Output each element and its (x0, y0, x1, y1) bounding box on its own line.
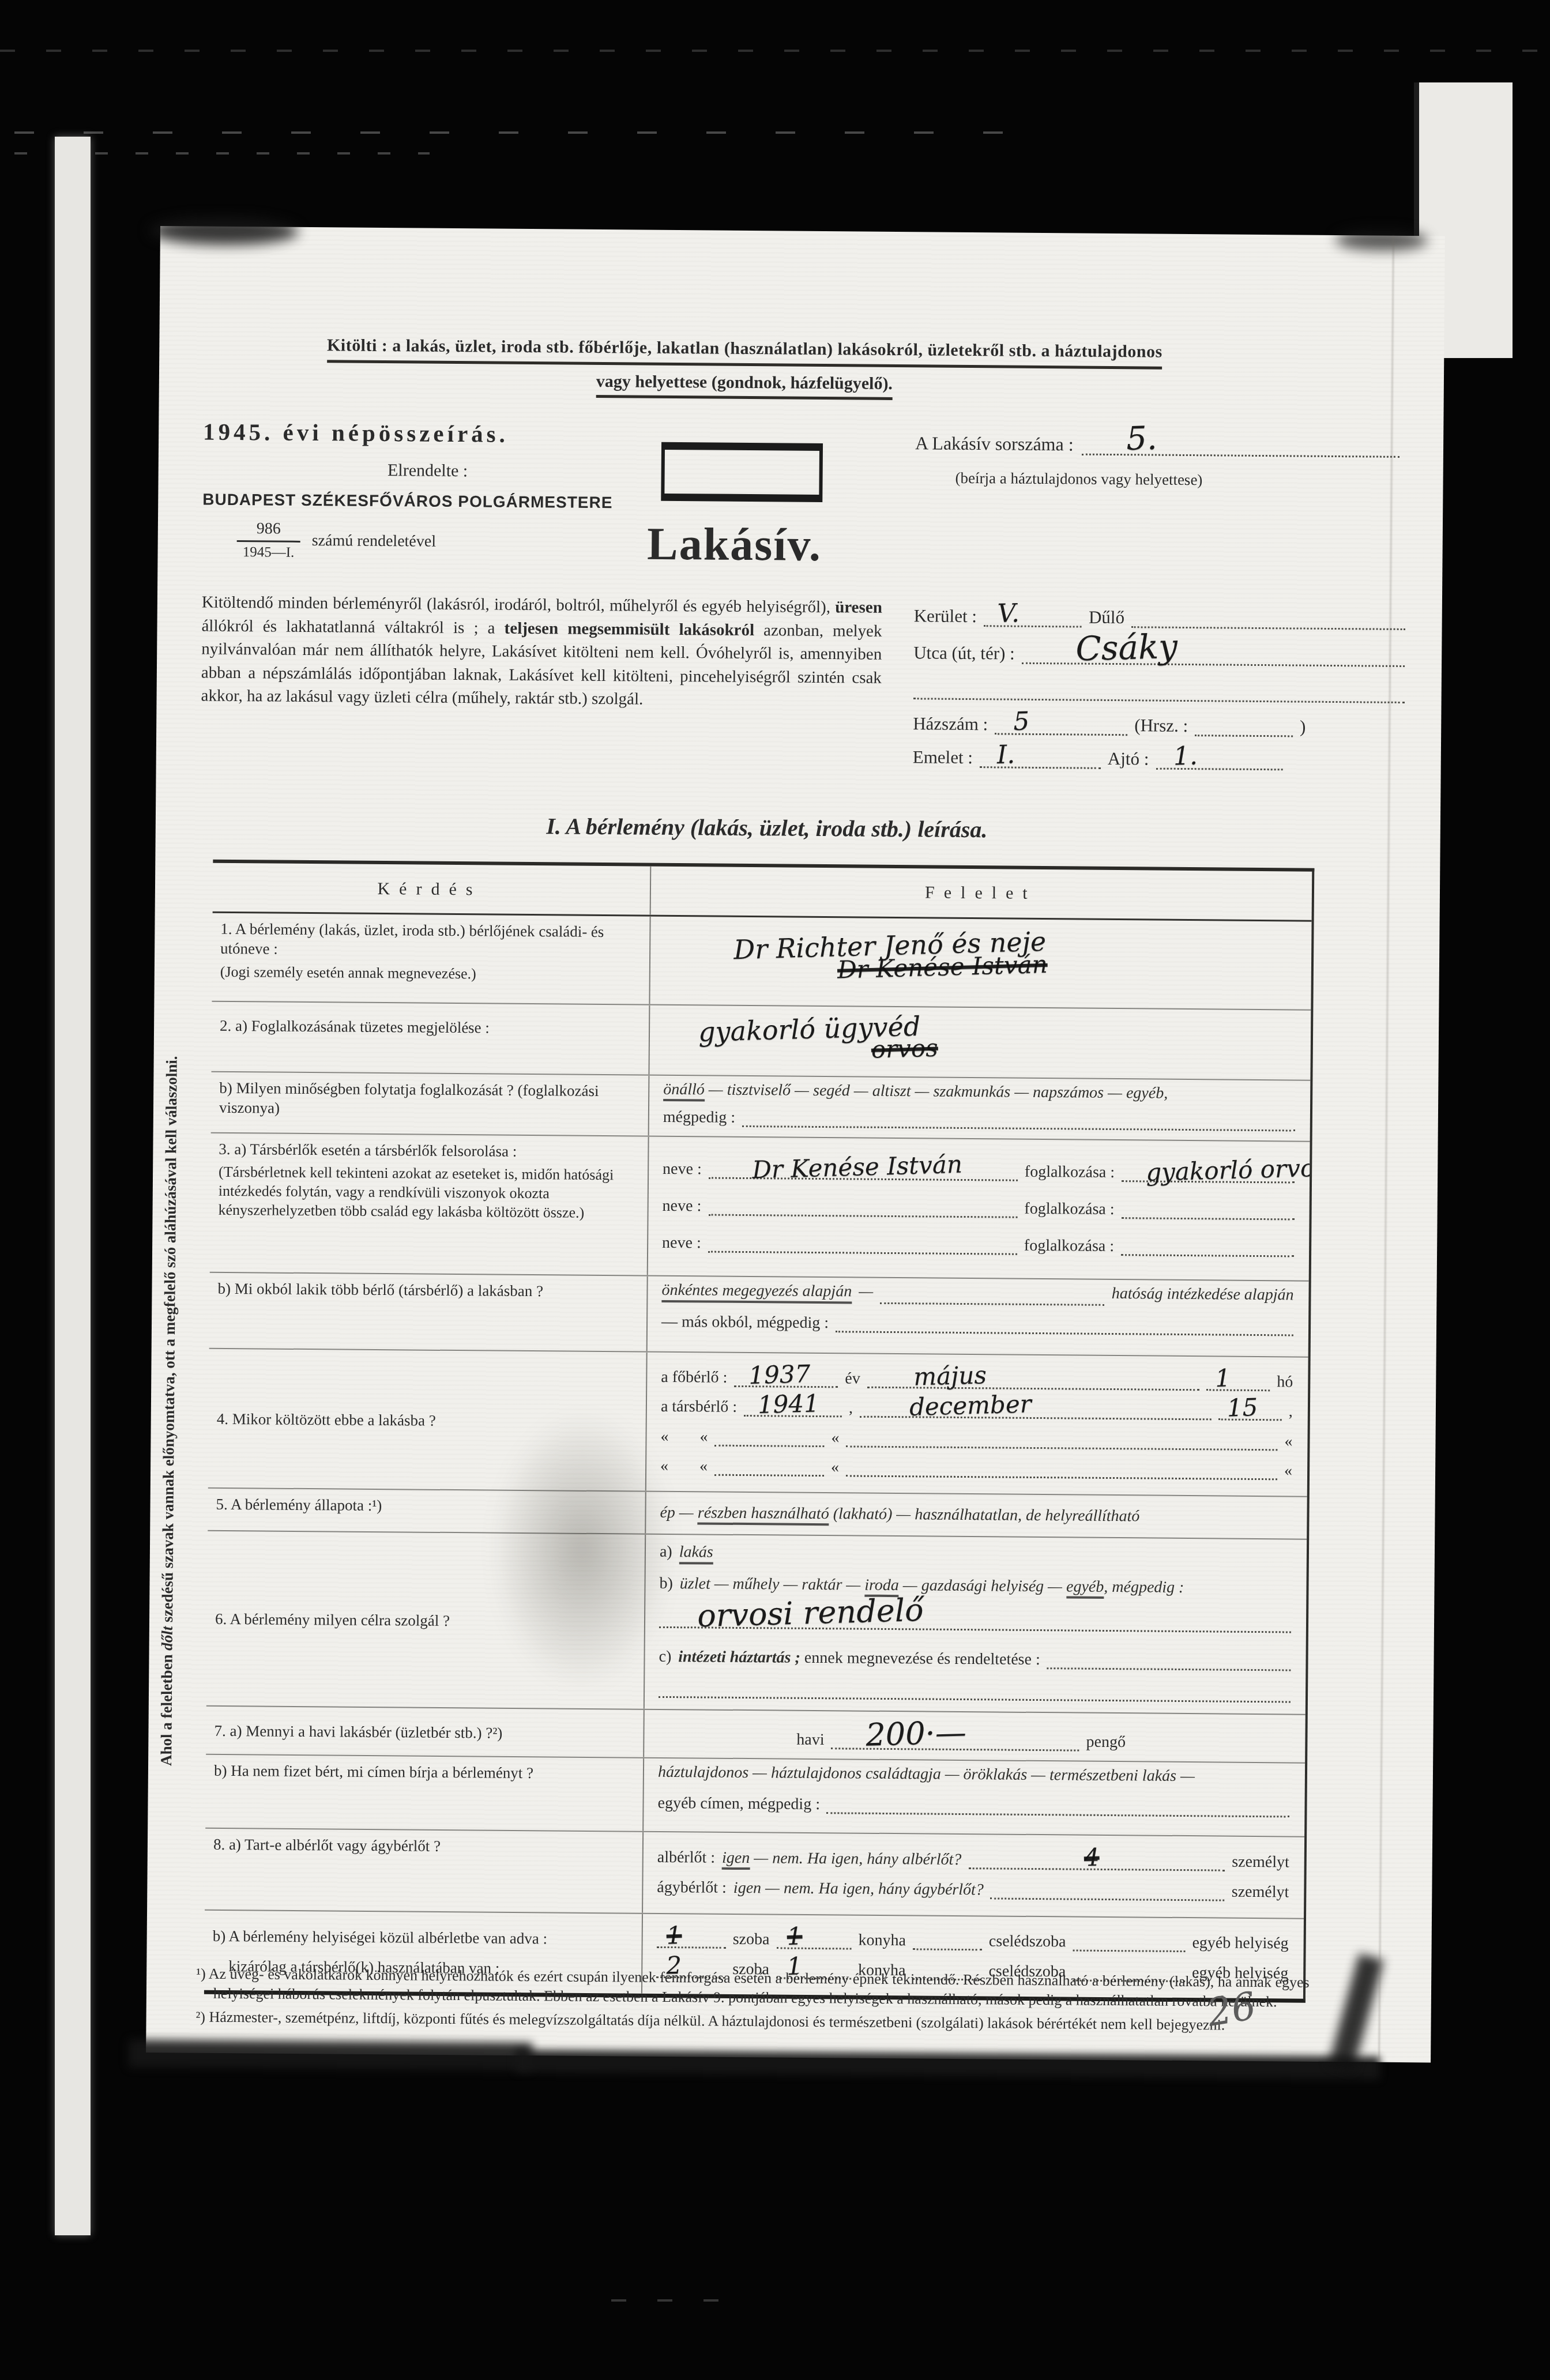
census-block: 1945. évi népösszeírás. Elrendelte : BUD… (202, 418, 653, 564)
form-instructions-paragraph: Kitöltendő minden bérleményről (lakásról… (201, 591, 882, 713)
egyeb-helyiseg-label: egyéb helyiség (1192, 1934, 1288, 1953)
day-fill: 15 (1218, 1414, 1282, 1421)
question-3a-note: (Társbérletnek kell tekinteni azokat az … (218, 1162, 636, 1223)
answer-2b: önálló — tisztviselő — segéd — altiszt —… (649, 1076, 1311, 1141)
ordered-by-label: Elrendelte : (203, 460, 653, 483)
hazszam-row: Házszám : 5 (Hrsz. : ) (913, 713, 1404, 738)
answer-2a: gyakorló ügyvéd orvos (649, 1006, 1311, 1080)
option: ép — (660, 1504, 698, 1522)
hrsz-fill (1195, 730, 1293, 737)
decree-number: 986 (237, 519, 300, 543)
form-title: Lakásív. (630, 518, 838, 572)
instructions-seg-bold: teljesen megsemmisült lakásokról (505, 619, 755, 639)
question-1: 1. A bérlemény (lakás, üzlet, iroda stb.… (212, 913, 650, 1004)
decree-reference: 986 1945—I. számú rendeletével (236, 519, 652, 564)
szoba-fill: 1 (657, 1942, 726, 1949)
egyeb-fill (1073, 1945, 1185, 1953)
answer-3a: neve : Dr Kenése István foglalkozása : g… (648, 1137, 1310, 1281)
filler-instruction: Kitölti : a lakás, üzlet, iroda stb. főb… (200, 335, 1290, 404)
table-row: b) Mi okból lakik több bérlő (társbérlő)… (209, 1273, 1309, 1358)
neve-label: neve : (663, 1197, 702, 1216)
fill (1047, 1663, 1291, 1671)
cseled-fill (913, 1944, 982, 1951)
tb-label: a társbérlő : (661, 1398, 737, 1417)
address-block: Kerület : V. Dűlő Utca (út, tér) : Csáky… (913, 605, 1405, 771)
question-8b-line1: b) A bérlemény helyiségei közül albérlet… (213, 1926, 630, 1949)
serial-note: (beírja a háztulajdonos vagy helyettese) (955, 469, 1399, 491)
subtenant-row: albérlőt : igen — nem. Ha igen, hány alb… (657, 1848, 1289, 1872)
foglalkozasa-fill (1122, 1212, 1295, 1220)
scan-smudge (149, 217, 299, 246)
question-3a-text: 3. a) Társbérlők esetén a társbérlők fel… (219, 1139, 636, 1162)
answer-8a: albérlőt : igen — nem. Ha igen, hány alb… (643, 1832, 1304, 1918)
option-hatosag: hatóság intézkedése alapján (1112, 1285, 1294, 1304)
ditto-mark: « (660, 1427, 668, 1445)
rent-fill: 200·— (832, 1743, 1079, 1751)
option: használhatatlan, de helyreállítható (915, 1505, 1139, 1525)
ho-label: hó (1277, 1373, 1293, 1391)
move-in-main-tenant: a főbérlő : 1937 év május 1 hó (661, 1368, 1293, 1392)
serial-fill-line: 5. (1082, 449, 1399, 458)
footnotes: ¹) Az üveg- és vakolatkárok könnyen hely… (195, 1964, 1326, 2036)
month-handwritten: december (909, 1392, 1032, 1420)
question-2a: 2. a) Foglalkozásának tüzetes megjelölés… (211, 1002, 650, 1075)
egyeb-fill: orvosi rendelő (659, 1622, 1291, 1633)
question-answer-table: Kérdés Felelet 1. A bérlemény (lakás, üz… (204, 860, 1314, 2003)
co-tenant-row: neve : foglalkozása : (663, 1197, 1295, 1221)
options-2b: — tisztviselő — segéd — altiszt — szakmu… (705, 1080, 1168, 1102)
decree-suffix: számú rendeletével (312, 532, 437, 551)
film-dash-line (611, 2299, 721, 2302)
decree-number-fraction: 986 1945—I. (236, 519, 300, 561)
fill (880, 1298, 1105, 1306)
option: (lakható) — (829, 1505, 915, 1523)
utca-fill: Csáky (1022, 658, 1405, 667)
month-fill: december (860, 1411, 1212, 1421)
film-dash-line (14, 131, 1024, 134)
answer-4: a főbérlő : 1937 év május 1 hó a társbér… (646, 1353, 1308, 1496)
day-handwritten: 15 (1227, 1395, 1259, 1420)
move-in-co-tenant: a társbérlő : 1941 , december 15 , (661, 1398, 1293, 1421)
item-c-label: c) (659, 1648, 671, 1666)
comma: , (849, 1399, 853, 1418)
co-tenant-row: neve : Dr Kenése István foglalkozása : g… (663, 1160, 1295, 1184)
konyha-fill: 1 (776, 1943, 851, 1950)
table-row: 6. A bérlemény milyen célra szolgál ? a)… (206, 1531, 1307, 1715)
option-selected-reszben: részben használható (698, 1504, 829, 1526)
ajto-fill: 1. (1156, 763, 1282, 771)
form-paper: Kitölti : a lakás, üzlet, iroda stb. főb… (146, 226, 1445, 2062)
answer-1: Dr Richter Jenő és neje Dr Kenése István (650, 917, 1311, 1010)
fill (659, 1692, 1291, 1703)
table-row: 3. a) Társbérlők esetén a társbérlők fel… (210, 1133, 1310, 1282)
ditto-mark: « (699, 1428, 708, 1446)
column-header-question: Kérdés (213, 863, 652, 915)
question-3a: 3. a) Társbérlők esetén a társbérlők fel… (210, 1133, 649, 1275)
ditto-mark: « (831, 1429, 839, 1447)
margin-note-seg: szedésű szavak vannak előnyomtatva, ott … (159, 1056, 180, 1626)
option-intezeti: intézeti háztartás ; (678, 1648, 800, 1667)
question-7b: b) Ha nem fizet bért, mi címen bírja a b… (205, 1755, 644, 1831)
scanner-edge-strip (55, 137, 91, 2235)
question-5: 5. A bérlemény állapota :¹) (208, 1489, 646, 1534)
option-selected-igen: igen (722, 1849, 750, 1870)
konyha-count-struck: 1 (787, 1925, 803, 1949)
table-row: 2. a) Foglalkozásának tüzetes megjelölés… (211, 1002, 1311, 1081)
answer-7a: havi 200·— pengő (644, 1710, 1306, 1763)
hazszam-label: Házszám : (913, 713, 988, 735)
instructions-seg-bold: üresen (835, 598, 882, 617)
option: — gazdasági helyiség — (899, 1576, 1066, 1595)
pengo-label: pengő (1086, 1733, 1126, 1752)
table-header-row: Kérdés Felelet (213, 863, 1312, 922)
question-7a: 7. a) Mennyi a havi lakásbér (üzletbér s… (206, 1707, 645, 1757)
egyeb-cimen-label: egyéb címen, mégpedig : (657, 1794, 820, 1814)
item-b-label: b) (659, 1575, 673, 1593)
fill (714, 1469, 824, 1476)
serial-label: A Lakásív sorszáma : (915, 432, 1074, 455)
alberlot-label: albérlőt : (657, 1848, 716, 1867)
agyberlot-label: ágybérlőt : (657, 1878, 727, 1897)
film-dash-line (0, 50, 1550, 52)
utca-label: Utca (út, tér) : (913, 642, 1015, 664)
table-row: 8. a) Tart-e albérlőt vagy ágybérlőt ? a… (205, 1829, 1304, 1919)
table-row: 4. Mikor költözött ebbe a lakásba ? a fő… (208, 1349, 1308, 1497)
szemelyt-label: személyt (1232, 1853, 1289, 1872)
margin-note-emphasis: dőlt (159, 1626, 176, 1651)
filler-instruction-line2: vagy helyettese (gondnok, házfelügyelő). (596, 372, 893, 400)
year-fill: 1937 (734, 1381, 838, 1388)
fill (846, 1441, 1277, 1451)
foglalkozasa-label: foglalkozása : (1025, 1163, 1115, 1182)
occupation-struck: orvos (871, 1036, 938, 1062)
ditto-mark: « (1284, 1432, 1292, 1451)
emelet-label: Emelet : (913, 747, 973, 768)
move-in-ditto-row: « « « « (660, 1427, 1292, 1451)
answer-3b: önkéntes megegyezés alapján — hatóság in… (648, 1276, 1309, 1357)
utca-row: Utca (út, tér) : Csáky (913, 642, 1405, 667)
rent-handwritten: 200·— (866, 1717, 967, 1751)
kerulet-row: Kerület : V. Dűlő (914, 605, 1405, 630)
month-fill: május (867, 1382, 1200, 1391)
margin-note-seg: Ahol a feleletben (157, 1651, 176, 1766)
question-1-text: 1. A bérlemény (lakás, üzlet, iroda stb.… (220, 919, 638, 962)
option: üzlet — műhely — raktár — (680, 1575, 865, 1594)
foglalkozasa-label: foglalkozása : (1024, 1237, 1115, 1256)
serial-block: A Lakásív sorszáma : 5. (beírja a háztul… (915, 432, 1399, 491)
answer-7b: háztulajdonos — háztulajdonos családtagj… (644, 1758, 1305, 1836)
sublet-rooms-row: 1 szoba 1 konyha cselédszoba egyéb helyi… (657, 1930, 1289, 1953)
options-7b: háztulajdonos — háztulajdonos családtagj… (658, 1763, 1290, 1787)
table-row: b) Ha nem fizet bért, mi címen bírja a b… (205, 1755, 1305, 1837)
scan-smudge (129, 2040, 532, 2070)
emelet-row: Emelet : I. Ajtó : 1. (913, 747, 1404, 771)
question-8a: 8. a) Tart-e albérlőt vagy ágybérlőt ? (205, 1829, 644, 1913)
table-row: 7. a) Mennyi a havi lakásbér (üzletbér s… (206, 1707, 1306, 1764)
section-title: I. A bérlemény (lakás, üzlet, iroda stb.… (225, 810, 1309, 846)
dulo-label: Dűlő (1089, 607, 1124, 628)
footnote-1: ¹) Az üveg- és vakolatkárok könnyen hely… (196, 1964, 1326, 2013)
day-fill: 1 (1206, 1384, 1270, 1391)
neve-fill (708, 1247, 1017, 1255)
subtenant-count-struck: 4 (1084, 1845, 1100, 1870)
megpedig-fill (742, 1121, 1295, 1132)
foglalkozasa-label: foglalkozása : (1024, 1200, 1115, 1219)
year-fill: 1941 (744, 1410, 842, 1417)
hrsz-label: (Hrsz. : (1134, 715, 1188, 736)
foglalkozasa-fill: gyakorló orvos (1122, 1176, 1295, 1183)
ditto-mark: « (1284, 1462, 1292, 1480)
count-fill (991, 1893, 1225, 1901)
option-rest: — nem. Ha igen, hány albérlőt? (750, 1849, 961, 1869)
fill (714, 1440, 824, 1447)
option-selected-egyeb: egyéb (1066, 1577, 1104, 1599)
megpedig-label: mégpedig : (663, 1108, 735, 1127)
question-6: 6. A bérlemény milyen célra szolgál ? (206, 1531, 646, 1709)
neve-label: neve : (663, 1160, 702, 1179)
footnote-2: ²) Házmester-, szemétpénz, liftdíj, közp… (195, 2007, 1326, 2036)
ajto-handwritten: 1. (1173, 743, 1198, 769)
co-tenant-row: neve : foglalkozása : (662, 1234, 1294, 1257)
cseledszoba-label: cselédszoba (989, 1933, 1066, 1952)
konyha-label: konyha (858, 1931, 906, 1950)
question-2b: b) Milyen minőségben folytatja foglalkoz… (211, 1072, 650, 1136)
ditto-mark: « (831, 1458, 839, 1477)
pencil-page-number: 26 (1204, 1983, 1259, 2035)
table-row: b) Milyen minőségben folytatja foglalkoz… (211, 1072, 1311, 1142)
year-handwritten: 1937 (748, 1362, 811, 1388)
szoba-count-struck: 1 (666, 1923, 682, 1948)
scan-smudge (1335, 229, 1428, 251)
emelet-fill: I. (980, 762, 1101, 769)
bed-tenant-row: ágybérlőt : igen — nem. Ha igen, hány ág… (657, 1878, 1289, 1902)
item-a-label: a) (660, 1543, 672, 1561)
hrsz-close: ) (1300, 717, 1306, 737)
issuing-authority: BUDAPEST SZÉKESFŐVÁROS POLGÁRMESTERE (202, 491, 652, 513)
question-4: 4. Mikor költözött ebbe a lakásba ? (208, 1349, 648, 1491)
serial-handwritten-value: 5. (1126, 423, 1157, 455)
question-1-note: (Jogi személy esetén annak megnevezése.) (220, 962, 638, 984)
fill (827, 1807, 1290, 1817)
co-tenant-name-handwritten: Dr Kenése István (751, 1153, 962, 1183)
question-3b: b) Mi okból lakik több bérlő (társbérlő)… (209, 1273, 648, 1351)
month-handwritten: május (913, 1363, 987, 1389)
scan-smudge (1329, 1953, 1384, 2071)
szemelyt-label: személyt (1232, 1883, 1289, 1902)
fill (846, 1470, 1277, 1480)
answer-6: a) lakás b) üzlet — műhely — raktár — ir… (645, 1535, 1307, 1714)
co-tenant-occupation-handwritten: gyakorló orvos (1146, 1155, 1310, 1184)
hazszam-handwritten: 5 (1013, 709, 1030, 735)
margin-instruction-vertical: Ahol a feleletben dőlt szedésű szavak va… (156, 866, 182, 1956)
fill (836, 1326, 1293, 1336)
instructions-seg: Kitöltendő minden bérleményről (lakásról… (202, 593, 836, 617)
scanned-census-form-page: Kitölti : a lakás, üzlet, iroda stb. főb… (0, 0, 1550, 2380)
ajto-label: Ajtó : (1108, 748, 1149, 770)
kerulet-label: Kerület : (914, 605, 977, 627)
move-in-ditto-row: « « « « (660, 1457, 1292, 1481)
hazszam-fill: 5 (995, 728, 1127, 736)
emelet-handwritten: I. (996, 742, 1015, 768)
fo-label: a főbérlő : (661, 1368, 727, 1387)
option-selected-lakas: lakás (679, 1543, 713, 1564)
paper-fold-line (1378, 236, 1394, 2062)
c-rest: ennek megnevezése és rendeltetése : (800, 1649, 1040, 1669)
purpose-handwritten: orvosi rendelő (697, 1595, 924, 1632)
neve-fill: Dr Kenése István (709, 1173, 1018, 1181)
neve-fill (708, 1210, 1017, 1218)
options-agyberlo: igen — nem. Ha igen, hány ágybérlőt? (733, 1879, 984, 1899)
neve-label: neve : (662, 1234, 701, 1253)
option-selected-onkentes: önkéntes megegyezés alapján (661, 1281, 852, 1304)
ditto-mark: « (699, 1457, 708, 1475)
table-row: 1. A bérlemény (lakás, üzlet, iroda stb.… (212, 913, 1311, 1011)
scan-smudge (515, 2050, 1380, 2080)
blank-fill (913, 693, 1405, 703)
szoba-label: szoba (733, 1930, 770, 1949)
day-handwritten: 1 (1215, 1366, 1231, 1391)
comma: , (1289, 1403, 1293, 1421)
question-2a-text: 2. a) Foglalkozásának tüzetes megjelölés… (220, 1016, 637, 1039)
mas-okbol-label: — más okból, mégpedig : (661, 1313, 829, 1332)
filler-instruction-line1: Kitölti : a lakás, üzlet, iroda stb. főb… (327, 336, 1162, 369)
answer-5: ép — részben használható (lakható) — has… (646, 1492, 1307, 1539)
instructions-seg: állókról és lakhatatlanná váltakról is ;… (201, 616, 504, 637)
foglalkozasa-fill (1121, 1249, 1294, 1257)
utca-handwritten: Csáky (1075, 630, 1177, 666)
count-fill: 4 (968, 1863, 1225, 1871)
option: , mégpedig : (1104, 1578, 1184, 1596)
decree-year: 1945—I. (236, 542, 300, 561)
kerulet-fill: V. (984, 620, 1082, 627)
ditto-mark: « (660, 1457, 668, 1475)
empty-stamp-box (661, 442, 823, 502)
dash: — (859, 1283, 873, 1301)
year-handwritten: 1941 (757, 1392, 819, 1418)
column-header-answer: Felelet (651, 867, 1312, 920)
option-selected-onallo: önálló (663, 1080, 705, 1102)
tenant-name-struck: Dr Kenése István (837, 952, 1048, 982)
ev-label: év (845, 1370, 860, 1388)
kerulet-handwritten: V. (997, 601, 1019, 627)
havi-label: havi (796, 1731, 824, 1749)
census-title: 1945. évi népösszeírás. (203, 418, 653, 449)
blank-row (913, 693, 1405, 703)
